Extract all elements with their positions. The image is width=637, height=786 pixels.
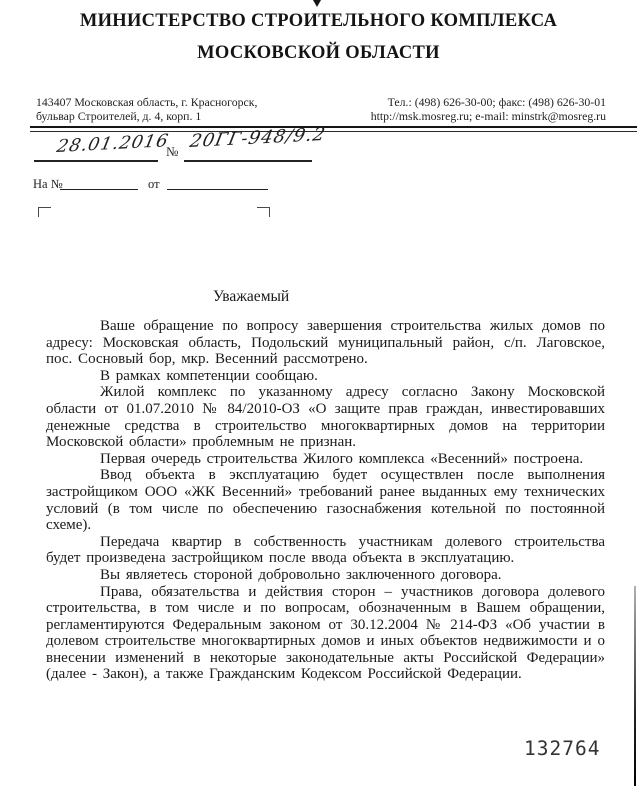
outgoing-date-handwritten: 28.01.2016 <box>55 131 170 157</box>
ministry-name-line2: МОСКОВСКОЙ ОБЛАСТИ <box>0 43 637 64</box>
contact-web-email: http://msk.mosreg.ru; e-mail: minstrk@mo… <box>371 110 606 124</box>
date-underline <box>34 160 158 162</box>
reply-from-label: от <box>148 177 160 192</box>
paragraph-appeal: Ваше обращение по вопросу завершения стр… <box>46 318 605 368</box>
paragraph-complex-status: Жилой комплекс по указанному адресу согл… <box>46 384 605 450</box>
paragraph-commissioning: Ввод объекта в эксплуатацию будет осущес… <box>46 467 605 533</box>
paragraph-first-stage: Первая очередь строительства Жилого комп… <box>46 451 605 468</box>
postal-address-line1: 143407 Московская область, г. Красногорс… <box>36 96 257 110</box>
ministry-name-line1: МИНИСТЕРСТВО СТРОИТЕЛЬНОГО КОМПЛЕКСА <box>0 11 637 32</box>
reply-to-label: На № <box>33 177 63 192</box>
paragraph-competence: В рамках компетенции сообщаю. <box>46 368 605 385</box>
postal-address-line2: бульвар Строителей, д. 4, корп. 1 <box>36 110 257 124</box>
paragraph-contract-party: Вы являетесь стороной добровольно заключ… <box>46 567 605 584</box>
addressee-corner-left <box>38 207 51 217</box>
contact-phone-fax: Тел.: (498) 626-30-00; факс: (498) 626-3… <box>371 96 606 110</box>
registration-number: 132764 <box>524 737 600 760</box>
letter-body: Ваше обращение по вопросу завершения стр… <box>46 318 605 683</box>
scanned-letter-page: МИНИСТЕРСТВО СТРОИТЕЛЬНОГО КОМПЛЕКСА МОС… <box>0 0 637 786</box>
paragraph-legal-basis: Права, обязательства и действия сторон –… <box>46 584 605 684</box>
salutation: Уважаемый <box>213 288 289 306</box>
letterhead-divider <box>30 126 637 132</box>
contact-details: Тел.: (498) 626-30-00; факс: (498) 626-3… <box>371 96 606 123</box>
reply-number-underline <box>60 189 138 190</box>
reply-date-underline <box>167 189 268 190</box>
scan-mark-icon <box>313 0 321 7</box>
addressee-corner-right <box>257 207 270 217</box>
number-sign: № <box>166 144 178 160</box>
scan-edge-artifact <box>634 586 636 786</box>
postal-address: 143407 Московская область, г. Красногорс… <box>36 96 257 123</box>
paragraph-transfer: Передача квартир в собственность участни… <box>46 534 605 567</box>
number-underline <box>184 160 312 162</box>
